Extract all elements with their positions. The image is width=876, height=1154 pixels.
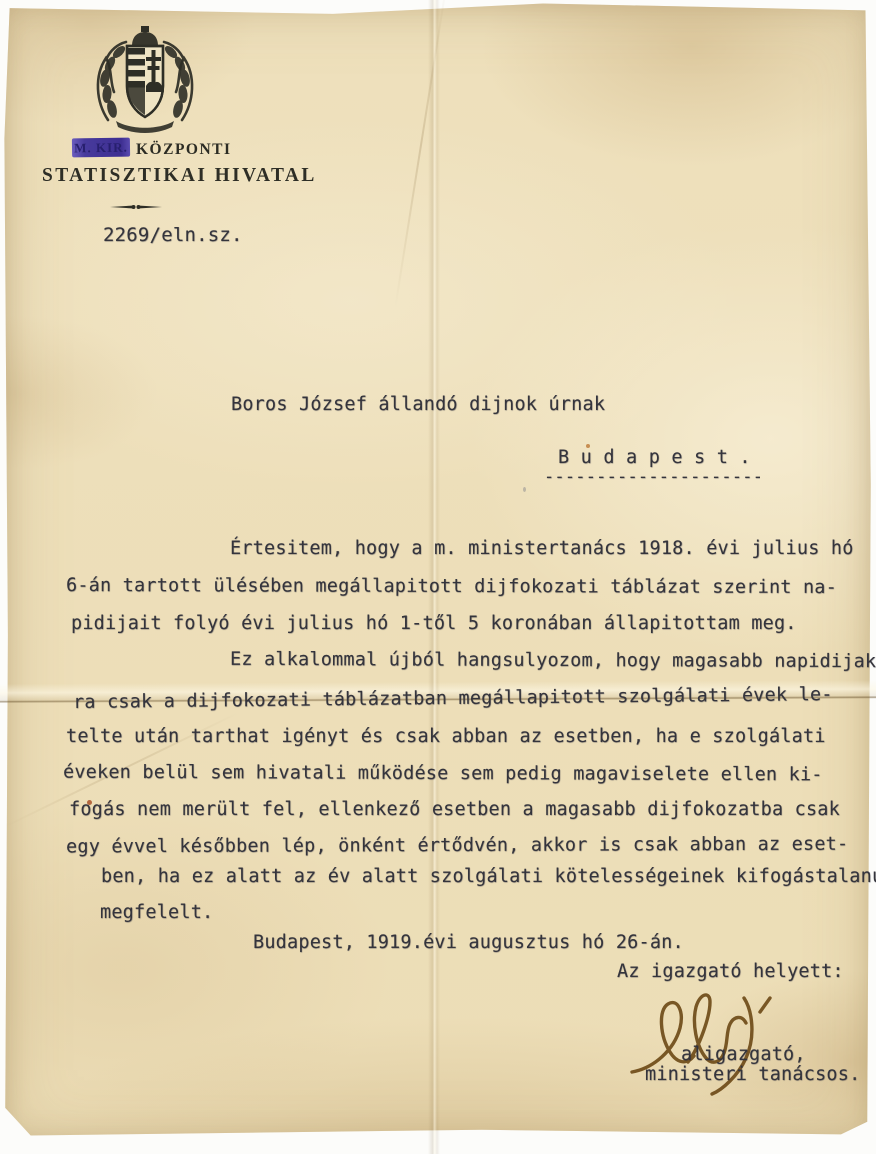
body-line: egy évvel későbben lép, önként értődvén,… bbox=[66, 836, 848, 857]
body-line: ben, ha ez alatt az év alatt szolgálati … bbox=[101, 868, 876, 887]
body-line: megfelelt. bbox=[100, 904, 213, 923]
body-line: Ez alkalommal újból hangsulyozom, hogy m… bbox=[230, 651, 876, 672]
org-name-line2: STATISZTIKAI HIVATAL bbox=[42, 164, 317, 187]
recipient-name-line: Boros József állandó dijnok úrnak bbox=[231, 396, 605, 415]
body-line: telte után tarthat igényt és csak abban … bbox=[66, 728, 826, 747]
body-line: fogás nem merült fel, ellenkező esetben … bbox=[69, 801, 840, 820]
body-line: Értesitem, hogy a m. ministertanács 1918… bbox=[230, 540, 854, 559]
recipient-city: B u d a p e s t . bbox=[558, 449, 751, 468]
body-line: éveken belül sem hivatali működése sem p… bbox=[63, 764, 823, 785]
coat-of-arms-icon bbox=[86, 24, 204, 138]
signer-title-line2: ministeri tanácsos. bbox=[645, 1066, 860, 1085]
censored-prefix-text: M. KIR. bbox=[74, 140, 128, 156]
reference-number: 2269/eln.sz. bbox=[103, 226, 243, 245]
censor-mark-overstamp: M. KIR. bbox=[72, 138, 130, 158]
ink-speck bbox=[523, 487, 526, 492]
body-line: 6-án tartott ülésében megállapitott dijf… bbox=[66, 577, 837, 598]
body-line: pidijait folyó évi julius hó 1-től 5 kor… bbox=[71, 615, 797, 634]
divider-ornament bbox=[110, 202, 162, 212]
city-underline-dashes: ------------------------------ bbox=[544, 469, 760, 486]
org-name-line1: KÖZPONTI bbox=[136, 141, 232, 159]
scanned-letter-page: M. KIR. KÖZPONTI STATISZTIKAI HIVATAL 22… bbox=[0, 0, 876, 1154]
signer-title-line1: aligazgató, bbox=[681, 1046, 806, 1065]
dateline: Budapest, 1919.évi augusztus hó 26-án. bbox=[253, 934, 684, 953]
signoff-line: Az igazgató helyett: bbox=[617, 963, 844, 982]
